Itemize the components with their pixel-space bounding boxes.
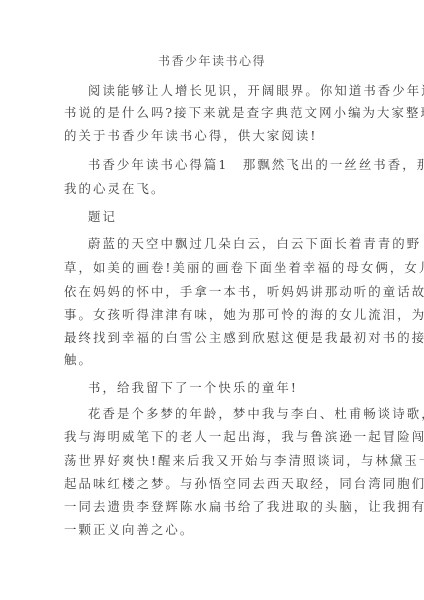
text-line: 一颗正义向善之心。: [64, 522, 364, 538]
subheading-text: 题记: [88, 209, 388, 225]
text-line: 阅读能够让人增长见识，开阔眼界。你知道书香少年这本: [88, 83, 388, 99]
text-line: 起品味红楼之梦。与孙悟空同去西天取经，同台湾同胞们: [64, 476, 364, 492]
text-line: 一同去遗贵李登辉陈水扁书给了我进取的头脑，让我拥有: [64, 499, 364, 515]
text-line: 我的心灵在飞。: [64, 181, 364, 197]
text-line: 的关于书香少年读书心得，供大家阅读!: [64, 128, 364, 144]
text-line: 书，给我留下了一个快乐的童年!: [88, 380, 388, 396]
text-line: 事。女孩听得津津有味，她为那可怜的海的女儿流泪，为: [64, 307, 364, 323]
text-line: 依在妈妈的怀中，手拿一本书，听妈妈讲那动听的童话故: [64, 284, 364, 300]
text-line: 书香少年读书心得篇1 那飘然飞出的一丝丝书香，那是: [88, 157, 388, 173]
text-line: 书说的是什么吗?接下来就是查字典范文网小编为大家整理: [64, 105, 364, 121]
text-line: 荡世界好爽快!醒来后我又开始与李清照谈词，与林黛玉一: [64, 453, 364, 469]
text-line: 草，如美的画卷!美丽的画卷下面坐着幸福的母女俩，女儿: [64, 260, 364, 276]
document-page: 书香少年读书心得 阅读能够让人增长见识，开阔眼界。你知道书香少年这本 书说的是什…: [0, 0, 424, 600]
document-title: 书香少年读书心得: [0, 53, 424, 69]
text-line: 我与海明威笔下的老人一起出海，我与鲁滨逊一起冒险闯: [64, 429, 364, 445]
text-line: 触。: [64, 352, 364, 368]
text-line: 蔚蓝的天空中飘过几朵白云，白云下面长着青青的野: [88, 236, 388, 252]
text-line: 花香是个多梦的年龄，梦中我与李白、杜甫畅谈诗歌，: [88, 406, 388, 422]
text-line: 最终找到幸福的白雪公主感到欣慰这便是我最初对书的接: [64, 330, 364, 346]
